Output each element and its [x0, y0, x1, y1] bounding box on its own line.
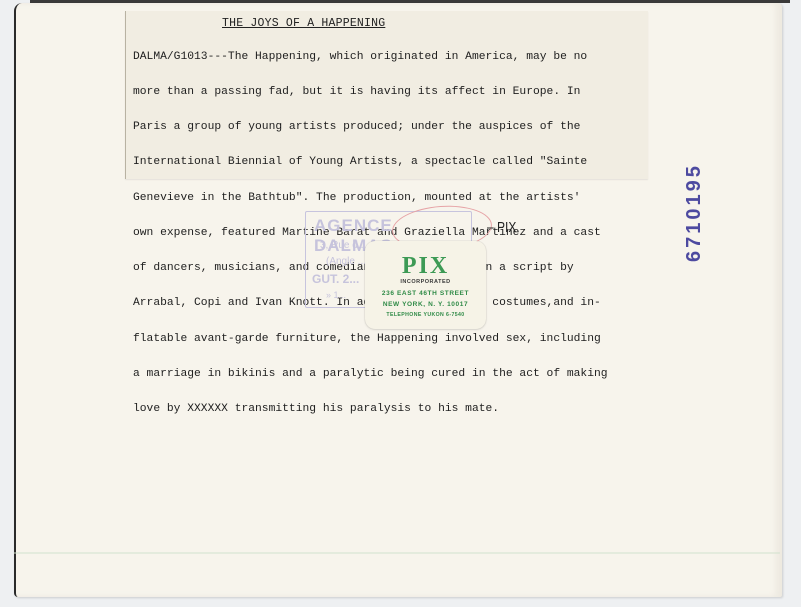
- stamp-line: GUT. 2...: [312, 272, 359, 286]
- caption-line: International Biennial of Young Artists,…: [133, 157, 645, 169]
- pix-name: PIX: [365, 253, 486, 280]
- caption-label: THE JOYS OF A HAPPENING DALMA/G1013---Th…: [125, 11, 648, 179]
- serial-number-stamp: 6710195: [683, 163, 706, 262]
- caption-line: DALMA/G1013---The Happening, which origi…: [133, 52, 645, 64]
- paper-crease: [14, 552, 780, 554]
- stamp-line: (Angle ...: [326, 256, 366, 267]
- pix-address-line-2: NEW YORK, N. Y. 10017: [365, 301, 486, 308]
- stamp-line: » 1...: [326, 290, 346, 300]
- caption-line: love by XXXXXX transmitting his paralysi…: [133, 404, 645, 416]
- stamp-line: 3, Rue d...: [320, 240, 366, 251]
- pix-phone: TELEPHONE YUKON 6-7540: [365, 312, 486, 318]
- caption-line: a marriage in bikinis and a paralytic be…: [133, 369, 645, 381]
- pix-agency-label: PIX INCORPORATED 236 EAST 46TH STREET NE…: [365, 241, 486, 329]
- pix-subtitle: INCORPORATED: [365, 279, 486, 285]
- handwritten-note: – PIX: [487, 219, 516, 236]
- caption-line: Genevieve in the Bathtub". The productio…: [133, 193, 645, 205]
- caption-line: flatable avant-garde furniture, the Happ…: [133, 334, 645, 346]
- pix-address-line-1: 236 EAST 46TH STREET: [365, 290, 486, 297]
- caption-line: Paris a group of young artists produced;…: [133, 122, 645, 134]
- caption-line: more than a passing fad, but it is havin…: [133, 87, 645, 99]
